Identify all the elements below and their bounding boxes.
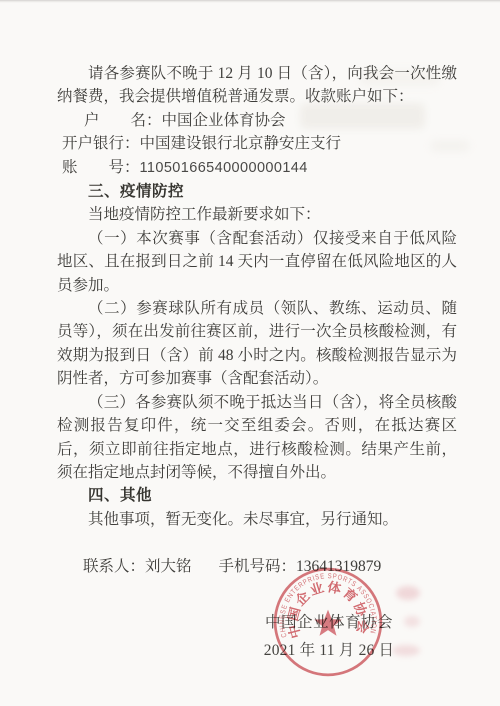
epidemic-item-3: （三）各参赛队须不晚于抵达当日（含），将全员核酸检测报告复印件，统一交至组委会。… bbox=[57, 391, 457, 485]
account-number-value: 11050166540000000144 bbox=[140, 160, 308, 176]
seal-graphic: CHINESE ENTERPRISE SPORTS ASSOCIATION 中国… bbox=[271, 565, 385, 679]
contact-name: 刘大铭 bbox=[145, 558, 192, 575]
epidemic-item-2: （二）参赛球队所有成员（领队、教练、运动员、随员等），须在出发前往赛区前，进行一… bbox=[57, 297, 457, 391]
contact-label: 联系人： bbox=[83, 558, 145, 575]
account-name-label: 户 名： bbox=[84, 112, 162, 129]
official-seal: CHINESE ENTERPRISE SPORTS ASSOCIATION 中国… bbox=[271, 565, 385, 679]
other-notes-line: 其他事项，暂无变化。未尽事宜，另行通知。 bbox=[57, 508, 457, 531]
account-number-label: 账 号： bbox=[62, 159, 140, 176]
payment-notice-paragraph: 请各参赛队不晚于 12 月 10 日（含），向我会一次性缴纳餐费，我会提供增值税… bbox=[57, 62, 457, 109]
bank-value: 中国建设银行北京静安庄支行 bbox=[140, 135, 342, 152]
scan-edge-artifact bbox=[0, 0, 500, 3]
account-name-value: 中国企业体育协会 bbox=[162, 112, 286, 129]
section-heading-epidemic: 三、疫情防控 bbox=[57, 180, 457, 203]
seal-ink-smudge bbox=[392, 645, 420, 656]
section-heading-other: 四、其他 bbox=[57, 484, 457, 507]
seal-ink-smudge bbox=[396, 586, 420, 600]
account-number-row: 账 号：11050166540000000144 bbox=[57, 156, 457, 180]
epidemic-lead-line: 当地疫情防控工作最新要求如下： bbox=[57, 203, 457, 226]
star-icon bbox=[314, 610, 342, 636]
epidemic-item-1: （一）本次赛事（含配套活动）仅接受来自于低风险地区、且在报到日之前 14 天内一… bbox=[57, 227, 457, 297]
document-body: 请各参赛队不晚于 12 月 10 日（含），向我会一次性缴纳餐费，我会提供增值税… bbox=[57, 62, 457, 579]
seal-ink-smudge bbox=[404, 616, 420, 627]
account-name-row: 户 名：中国企业体育协会 bbox=[57, 109, 457, 132]
scanned-document-page: 请各参赛队不晚于 12 月 10 日（含），向我会一次性缴纳餐费，我会提供增值税… bbox=[0, 0, 500, 706]
bank-row: 开户银行：中国建设银行北京静安庄支行 bbox=[57, 132, 457, 155]
bank-label: 开户银行： bbox=[62, 135, 140, 152]
contact-line: 联系人：刘大铭手机号码：13641319879 bbox=[57, 555, 457, 578]
